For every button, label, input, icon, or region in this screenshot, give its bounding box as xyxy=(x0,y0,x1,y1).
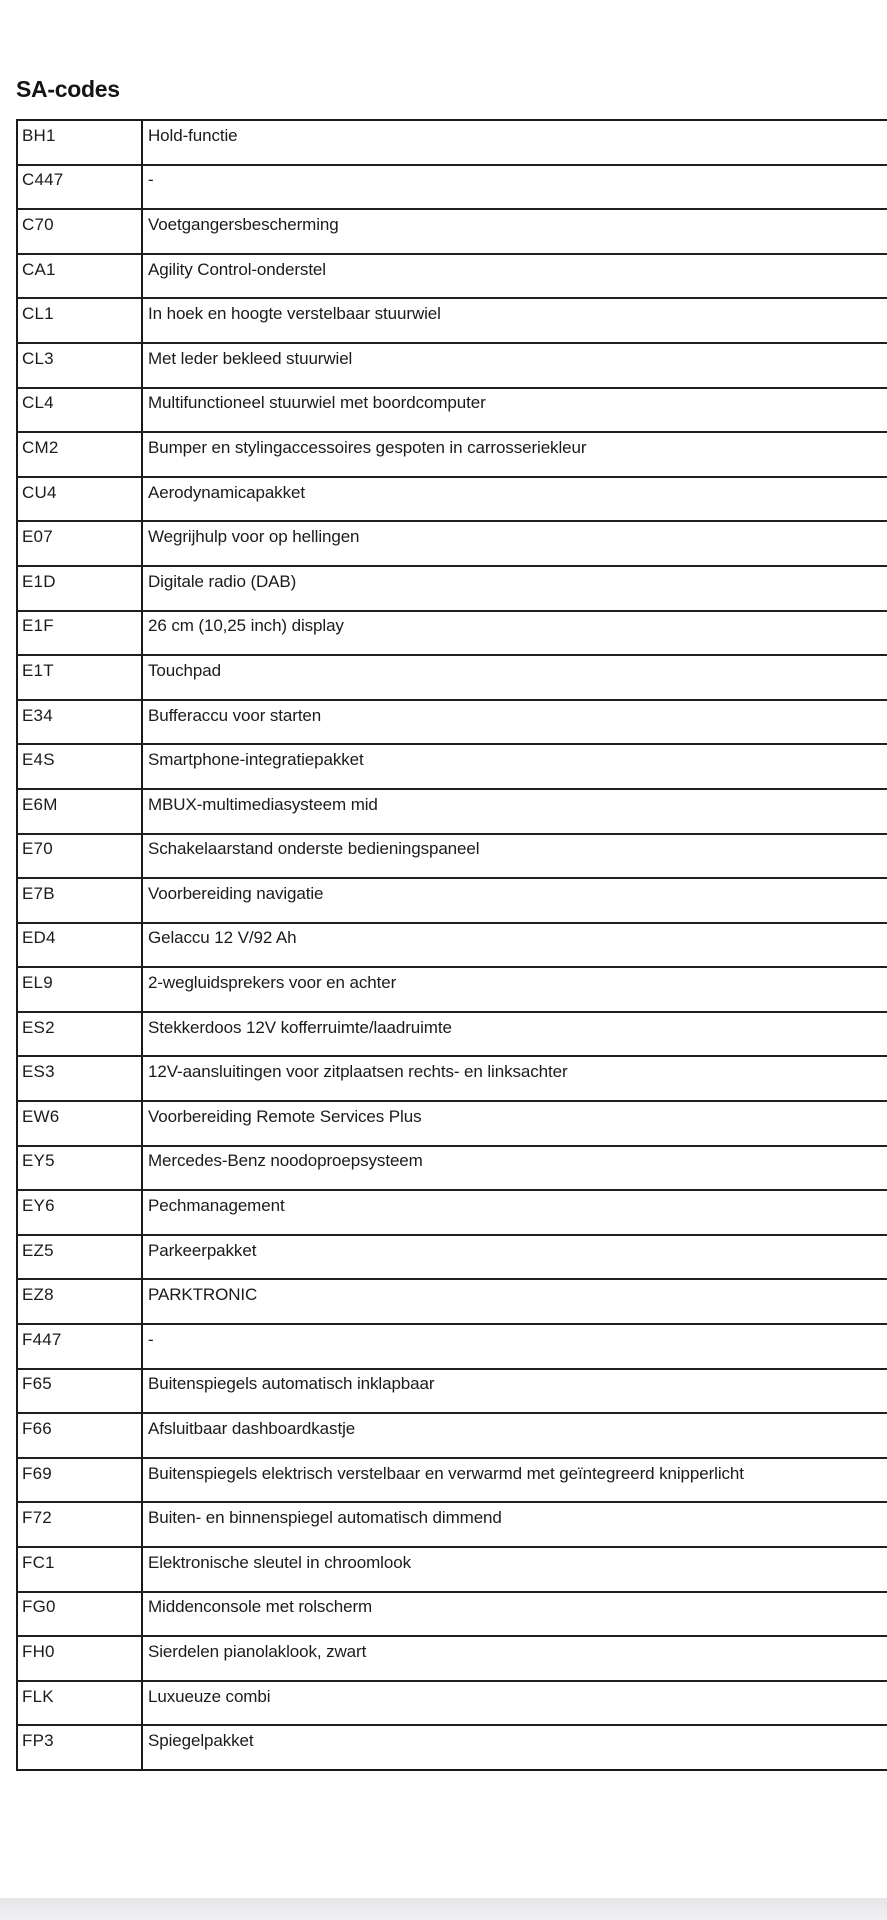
sa-description-cell: Schakelaarstand onderste bedieningspanee… xyxy=(142,834,887,879)
sa-description-cell: - xyxy=(142,1324,887,1369)
sa-code-cell: F72 xyxy=(17,1502,142,1547)
sa-description-cell: Parkeerpakket xyxy=(142,1235,887,1280)
sa-description: Pechmanagement xyxy=(148,1196,285,1215)
sa-description-cell: Bufferaccu voor starten xyxy=(142,700,887,745)
table-row: E7BVoorbereiding navigatie xyxy=(17,878,887,923)
table-row: E34Bufferaccu voor starten xyxy=(17,700,887,745)
sa-description: Buitenspiegels automatisch inklapbaar xyxy=(148,1374,434,1393)
sa-code: F65 xyxy=(22,1374,52,1393)
table-row: EY5Mercedes-Benz noodoproepsysteem xyxy=(17,1146,887,1191)
sa-description: Spiegelpakket xyxy=(148,1731,254,1750)
sa-code: E34 xyxy=(22,706,53,725)
sa-code: FP3 xyxy=(22,1731,54,1750)
sa-code: E70 xyxy=(22,839,53,858)
sa-description: Met leder bekleed stuurwiel xyxy=(148,349,352,368)
sa-code-cell: F69 xyxy=(17,1458,142,1503)
table-row: CA1Agility Control-onderstel xyxy=(17,254,887,299)
sa-description: Multifunctioneel stuurwiel met boordcomp… xyxy=(148,393,486,412)
table-row: F65Buitenspiegels automatisch inklapbaar xyxy=(17,1369,887,1414)
sa-code-cell: FH0 xyxy=(17,1636,142,1681)
sa-code-cell: F447 xyxy=(17,1324,142,1369)
table-row: FLKLuxueuze combi xyxy=(17,1681,887,1726)
sa-description: Schakelaarstand onderste bedieningspanee… xyxy=(148,839,479,858)
sa-code: E1F xyxy=(22,616,54,635)
sa-description-cell: 26 cm (10,25 inch) display xyxy=(142,611,887,656)
sa-description: Middenconsole met rolscherm xyxy=(148,1597,372,1616)
sa-description-cell: Gelaccu 12 V/92 Ah xyxy=(142,923,887,968)
sa-code-cell: EW6 xyxy=(17,1101,142,1146)
sa-code: F69 xyxy=(22,1464,52,1483)
sa-code: EY6 xyxy=(22,1196,55,1215)
sa-description: - xyxy=(148,170,154,189)
sa-code: C447 xyxy=(22,170,63,189)
sa-description: Smartphone-integratiepakket xyxy=(148,750,364,769)
table-row: E1DDigitale radio (DAB) xyxy=(17,566,887,611)
sa-description-cell: Hold-functie xyxy=(142,120,887,165)
sa-code: F66 xyxy=(22,1419,52,1438)
sa-description: Wegrijhulp voor op hellingen xyxy=(148,527,359,546)
sa-description-cell: Multifunctioneel stuurwiel met boordcomp… xyxy=(142,388,887,433)
sa-code: EY5 xyxy=(22,1151,55,1170)
sa-code: F72 xyxy=(22,1508,52,1527)
sa-code: C70 xyxy=(22,215,54,234)
sa-code-cell: FG0 xyxy=(17,1592,142,1637)
sa-code: E1T xyxy=(22,661,54,680)
table-row: CL3Met leder bekleed stuurwiel xyxy=(17,343,887,388)
table-row: ES2Stekkerdoos 12V kofferruimte/laadruim… xyxy=(17,1012,887,1057)
sa-description-cell: Stekkerdoos 12V kofferruimte/laadruimte xyxy=(142,1012,887,1057)
sa-description: 12V-aansluitingen voor zitplaatsen recht… xyxy=(148,1062,568,1081)
sa-description-cell: Sierdelen pianolaklook, zwart xyxy=(142,1636,887,1681)
table-row: CL4Multifunctioneel stuurwiel met boordc… xyxy=(17,388,887,433)
sa-codes-table-body: BH1Hold-functieC447-C70Voetgangersbesche… xyxy=(17,120,887,1770)
sa-description-cell: Voorbereiding navigatie xyxy=(142,878,887,923)
sa-description-cell: Middenconsole met rolscherm xyxy=(142,1592,887,1637)
sa-code-cell: C70 xyxy=(17,209,142,254)
sa-description-cell: Buitenspiegels automatisch inklapbaar xyxy=(142,1369,887,1414)
sa-description-cell: Afsluitbaar dashboardkastje xyxy=(142,1413,887,1458)
sa-description-cell: Spiegelpakket xyxy=(142,1725,887,1770)
sa-description-cell: Met leder bekleed stuurwiel xyxy=(142,343,887,388)
sa-description-cell: PARKTRONIC xyxy=(142,1279,887,1324)
table-row: EZ8PARKTRONIC xyxy=(17,1279,887,1324)
sa-description: Buitenspiegels elektrisch verstelbaar en… xyxy=(148,1464,744,1483)
sa-code-cell: EZ8 xyxy=(17,1279,142,1324)
table-row: CU4Aerodynamicapakket xyxy=(17,477,887,522)
sa-description-cell: Voorbereiding Remote Services Plus xyxy=(142,1101,887,1146)
sa-description: Bufferaccu voor starten xyxy=(148,706,321,725)
sa-code: EW6 xyxy=(22,1107,59,1126)
sa-code: CL4 xyxy=(22,393,54,412)
sa-code: FLK xyxy=(22,1687,54,1706)
table-row: FG0Middenconsole met rolscherm xyxy=(17,1592,887,1637)
table-row: F447- xyxy=(17,1324,887,1369)
table-row: ED4Gelaccu 12 V/92 Ah xyxy=(17,923,887,968)
table-row: E6MMBUX-multimediasysteem mid xyxy=(17,789,887,834)
sa-code-cell: E1T xyxy=(17,655,142,700)
table-row: E1F26 cm (10,25 inch) display xyxy=(17,611,887,656)
sa-description-cell: Agility Control-onderstel xyxy=(142,254,887,299)
sa-description-cell: Elektronische sleutel in chroomlook xyxy=(142,1547,887,1592)
sa-code: FC1 xyxy=(22,1553,55,1572)
sa-code-cell: CM2 xyxy=(17,432,142,477)
sa-code: EL9 xyxy=(22,973,53,992)
sa-description: Agility Control-onderstel xyxy=(148,260,326,279)
sa-description: Mercedes-Benz noodoproepsysteem xyxy=(148,1151,423,1170)
sa-code: CA1 xyxy=(22,260,56,279)
sa-code-cell: E70 xyxy=(17,834,142,879)
page-title: SA-codes xyxy=(16,76,120,103)
table-row: F69Buitenspiegels elektrisch verstelbaar… xyxy=(17,1458,887,1503)
table-row: FC1Elektronische sleutel in chroomlook xyxy=(17,1547,887,1592)
table-row: FH0Sierdelen pianolaklook, zwart xyxy=(17,1636,887,1681)
sa-code-cell: F65 xyxy=(17,1369,142,1414)
sa-code: F447 xyxy=(22,1330,62,1349)
sa-code-cell: FP3 xyxy=(17,1725,142,1770)
sa-code-cell: E7B xyxy=(17,878,142,923)
sa-code-cell: E6M xyxy=(17,789,142,834)
sa-description-cell: 12V-aansluitingen voor zitplaatsen recht… xyxy=(142,1056,887,1101)
sa-description-cell: 2-wegluidsprekers voor en achter xyxy=(142,967,887,1012)
sa-code-cell: F66 xyxy=(17,1413,142,1458)
sa-description: In hoek en hoogte verstelbaar stuurwiel xyxy=(148,304,441,323)
sa-code: CL3 xyxy=(22,349,54,368)
table-row: E07Wegrijhulp voor op hellingen xyxy=(17,521,887,566)
sa-code-cell: CL4 xyxy=(17,388,142,433)
sa-code: FG0 xyxy=(22,1597,56,1616)
table-row: EZ5Parkeerpakket xyxy=(17,1235,887,1280)
sa-code: EZ5 xyxy=(22,1241,54,1260)
sa-description-cell: Smartphone-integratiepakket xyxy=(142,744,887,789)
sa-code: E6M xyxy=(22,795,58,814)
sa-code-cell: E4S xyxy=(17,744,142,789)
sa-description: 2-wegluidsprekers voor en achter xyxy=(148,973,396,992)
sa-description: Gelaccu 12 V/92 Ah xyxy=(148,928,296,947)
sa-description: Voetgangersbescherming xyxy=(148,215,339,234)
table-row: EW6Voorbereiding Remote Services Plus xyxy=(17,1101,887,1146)
sa-code: ED4 xyxy=(22,928,56,947)
sa-code-cell: FLK xyxy=(17,1681,142,1726)
table-row: ES312V-aansluitingen voor zitplaatsen re… xyxy=(17,1056,887,1101)
sa-code-cell: CL3 xyxy=(17,343,142,388)
sa-code: CL1 xyxy=(22,304,54,323)
sa-code-cell: EY6 xyxy=(17,1190,142,1235)
sa-description: Touchpad xyxy=(148,661,221,680)
sa-description: - xyxy=(148,1330,154,1349)
sa-code: E1D xyxy=(22,572,56,591)
sa-description: PARKTRONIC xyxy=(148,1285,257,1304)
sa-code-cell: E07 xyxy=(17,521,142,566)
sa-description-cell: Buitenspiegels elektrisch verstelbaar en… xyxy=(142,1458,887,1503)
sa-description: MBUX-multimediasysteem mid xyxy=(148,795,378,814)
sa-code: CM2 xyxy=(22,438,59,457)
sa-code-cell: EY5 xyxy=(17,1146,142,1191)
sa-description-cell: Buiten- en binnenspiegel automatisch dim… xyxy=(142,1502,887,1547)
sa-description-cell: Luxueuze combi xyxy=(142,1681,887,1726)
sa-code-cell: CL1 xyxy=(17,298,142,343)
sa-description-cell: Wegrijhulp voor op hellingen xyxy=(142,521,887,566)
table-row: C70Voetgangersbescherming xyxy=(17,209,887,254)
sa-code-cell: E1D xyxy=(17,566,142,611)
sa-description: Voorbereiding Remote Services Plus xyxy=(148,1107,421,1126)
sa-description: Parkeerpakket xyxy=(148,1241,256,1260)
sa-code-cell: E1F xyxy=(17,611,142,656)
sa-code: E07 xyxy=(22,527,53,546)
table-row: CL1In hoek en hoogte verstelbaar stuurwi… xyxy=(17,298,887,343)
sa-code-cell: EL9 xyxy=(17,967,142,1012)
table-row: E70Schakelaarstand onderste bedieningspa… xyxy=(17,834,887,879)
sa-code: BH1 xyxy=(22,126,56,145)
table-row: EY6Pechmanagement xyxy=(17,1190,887,1235)
table-row: E1TTouchpad xyxy=(17,655,887,700)
sa-description-cell: - xyxy=(142,165,887,210)
table-row: FP3Spiegelpakket xyxy=(17,1725,887,1770)
sa-description: Luxueuze combi xyxy=(148,1687,270,1706)
sa-code: ES3 xyxy=(22,1062,55,1081)
sa-code: E7B xyxy=(22,884,55,903)
sa-description: Aerodynamicapakket xyxy=(148,483,305,502)
table-row: C447- xyxy=(17,165,887,210)
sa-description: Afsluitbaar dashboardkastje xyxy=(148,1419,355,1438)
sa-description-cell: Bumper en stylingaccessoires gespoten in… xyxy=(142,432,887,477)
sa-code-cell: CA1 xyxy=(17,254,142,299)
sa-description: Voorbereiding navigatie xyxy=(148,884,323,903)
table-row: F66Afsluitbaar dashboardkastje xyxy=(17,1413,887,1458)
sa-code-cell: C447 xyxy=(17,165,142,210)
sa-description: Sierdelen pianolaklook, zwart xyxy=(148,1642,366,1661)
table-row: F72Buiten- en binnenspiegel automatisch … xyxy=(17,1502,887,1547)
sa-description-cell: MBUX-multimediasysteem mid xyxy=(142,789,887,834)
table-row: CM2Bumper en stylingaccessoires gespoten… xyxy=(17,432,887,477)
sa-description-cell: Touchpad xyxy=(142,655,887,700)
sa-code: CU4 xyxy=(22,483,57,502)
sa-code-cell: BH1 xyxy=(17,120,142,165)
sa-description: Buiten- en binnenspiegel automatisch dim… xyxy=(148,1508,502,1527)
sa-code: E4S xyxy=(22,750,55,769)
sa-description: Elektronische sleutel in chroomlook xyxy=(148,1553,411,1572)
table-row: EL92-wegluidsprekers voor en achter xyxy=(17,967,887,1012)
sa-description: Digitale radio (DAB) xyxy=(148,572,296,591)
table-row: BH1Hold-functie xyxy=(17,120,887,165)
sa-description: 26 cm (10,25 inch) display xyxy=(148,616,344,635)
sa-code: FH0 xyxy=(22,1642,55,1661)
sa-description: Stekkerdoos 12V kofferruimte/laadruimte xyxy=(148,1018,452,1037)
sa-description-cell: Mercedes-Benz noodoproepsysteem xyxy=(142,1146,887,1191)
sa-code-cell: ED4 xyxy=(17,923,142,968)
sa-code: EZ8 xyxy=(22,1285,54,1304)
sa-code-cell: E34 xyxy=(17,700,142,745)
table-row: E4SSmartphone-integratiepakket xyxy=(17,744,887,789)
sa-code-cell: FC1 xyxy=(17,1547,142,1592)
sa-description-cell: Digitale radio (DAB) xyxy=(142,566,887,611)
sa-description-cell: Pechmanagement xyxy=(142,1190,887,1235)
sa-description-cell: Voetgangersbescherming xyxy=(142,209,887,254)
sa-code-cell: ES2 xyxy=(17,1012,142,1057)
sa-code-cell: CU4 xyxy=(17,477,142,522)
sa-code-cell: ES3 xyxy=(17,1056,142,1101)
bottom-bar xyxy=(0,1898,887,1920)
sa-description-cell: Aerodynamicapakket xyxy=(142,477,887,522)
sa-codes-table: BH1Hold-functieC447-C70Voetgangersbesche… xyxy=(16,119,887,1771)
sa-code: ES2 xyxy=(22,1018,55,1037)
sa-description-cell: In hoek en hoogte verstelbaar stuurwiel xyxy=(142,298,887,343)
sa-code-cell: EZ5 xyxy=(17,1235,142,1280)
sa-description: Bumper en stylingaccessoires gespoten in… xyxy=(148,438,586,457)
sa-description: Hold-functie xyxy=(148,126,238,145)
